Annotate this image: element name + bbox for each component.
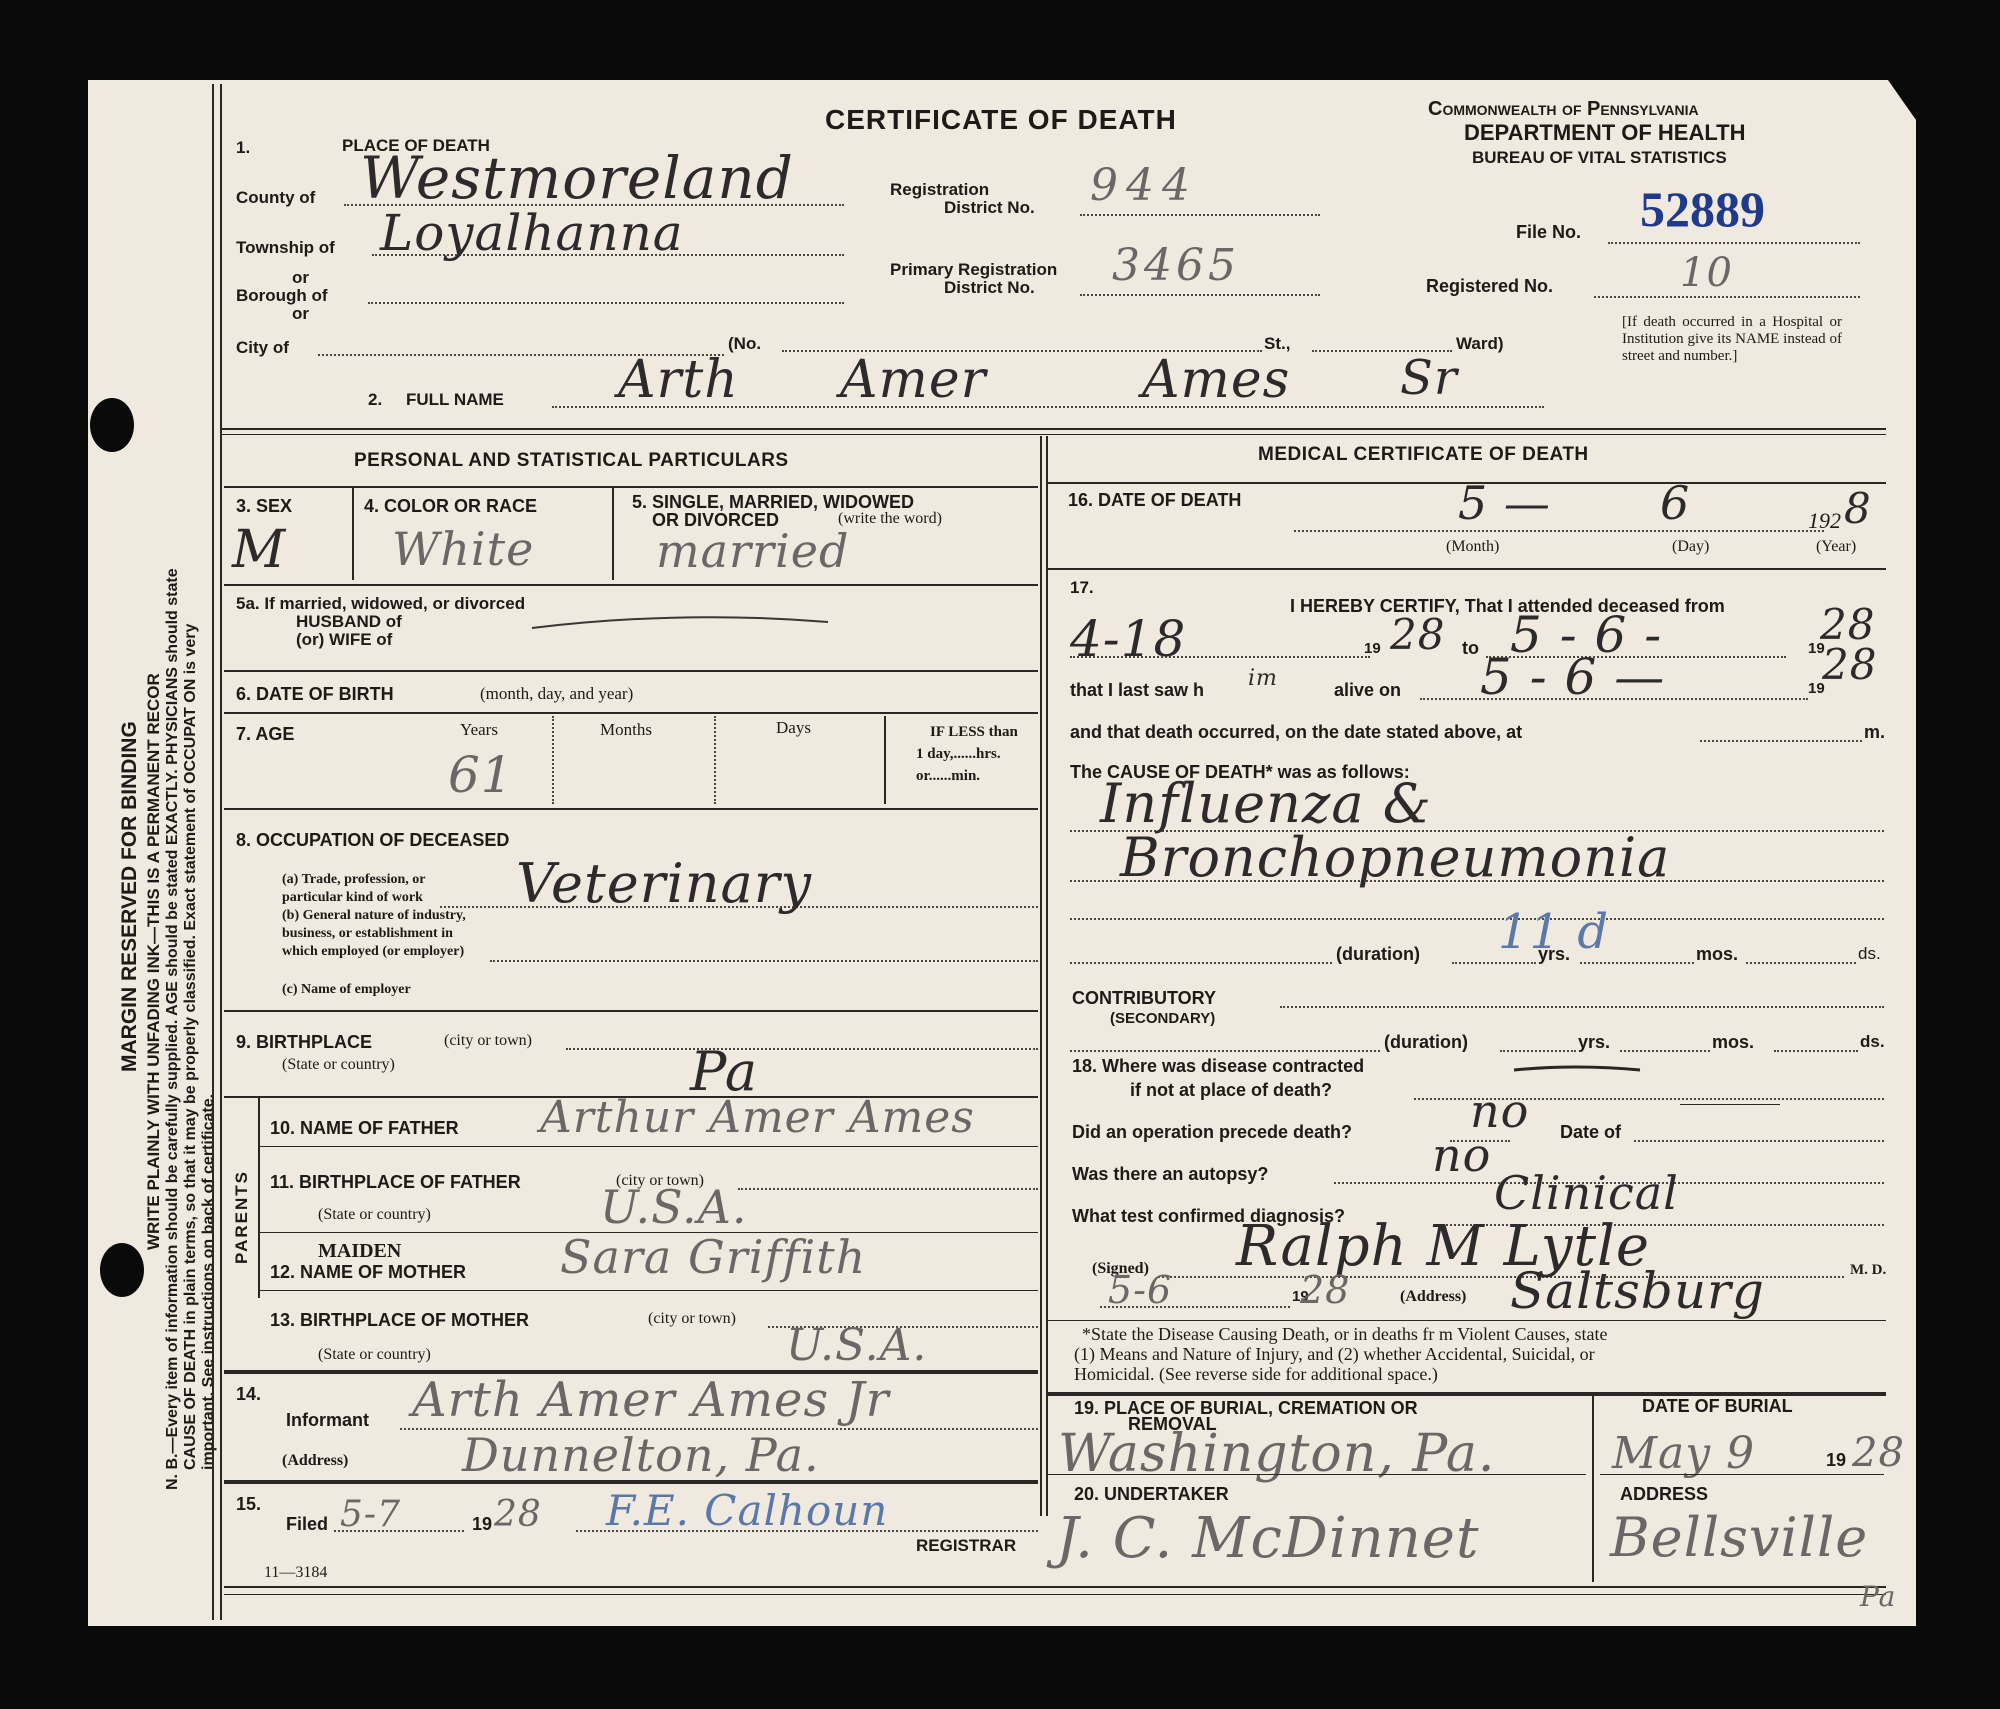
informant-address-label: (Address) <box>282 1452 348 1470</box>
file-no-value: 52889 <box>1640 180 1765 238</box>
margin-binding-note: MARGIN RESERVED FOR BINDING <box>118 721 142 1072</box>
alive-on-label: alive on <box>1334 680 1401 701</box>
contributory-label: CONTRIBUTORY <box>1072 988 1216 1009</box>
occupation-c-label: (c) Name of employer <box>282 982 411 998</box>
dob-hint: (month, day, and year) <box>480 684 633 704</box>
death-year-prefix: 192 <box>1808 508 1841 534</box>
township-label: Township of <box>236 238 335 258</box>
year-label: (Year) <box>1816 538 1856 556</box>
issuer-department: DEPARTMENT OF HEALTH <box>1464 120 1746 146</box>
occupation-label: 8. OCCUPATION OF DECEASED <box>236 830 509 851</box>
age-divider-2 <box>714 716 716 804</box>
race-value: White <box>392 522 534 576</box>
medical-section-title: MEDICAL CERTIFICATE OF DEATH <box>1258 444 1589 466</box>
mother-birthplace-value: U.S.A. <box>786 1320 927 1371</box>
margin-nb-note-3: important. See instructions on back of c… <box>200 1094 218 1470</box>
medical-row-divider-17 <box>1048 568 1886 570</box>
physician-address-label: (Address) <box>1400 1288 1466 1306</box>
signed-year-value: 28 <box>1300 1268 1350 1312</box>
punch-hole-top <box>90 398 134 452</box>
full-name-middle: Amer <box>840 350 987 410</box>
marital-hint: (write the word) <box>838 510 942 528</box>
filed-year-prefix: 19 <box>472 1514 492 1535</box>
registered-no-value: 10 <box>1680 250 1733 296</box>
row-divider-7 <box>224 712 1038 714</box>
duration-ds-dotline <box>1746 962 1856 964</box>
file-no-label: File No. <box>1516 222 1581 243</box>
row-divider-11 <box>260 1146 1038 1147</box>
birthplace-label: 9. BIRTHPLACE <box>236 1032 372 1053</box>
mother-label: 12. NAME OF MOTHER <box>270 1262 466 1283</box>
autopsy-label: Was there an autopsy? <box>1072 1164 1268 1185</box>
birthplace-city-hint: (city or town) <box>444 1032 532 1050</box>
contrib-ds-label: ds. <box>1860 1032 1885 1052</box>
filed-year-value: 28 <box>494 1494 542 1535</box>
informant-address-value: Dunnelton, Pa. <box>462 1428 820 1482</box>
undertaker-address-label: ADDRESS <box>1620 1484 1708 1505</box>
less-than-label-3: or......min. <box>916 768 980 785</box>
spouse-blank-dash <box>530 608 830 638</box>
last-saw-year: 28 <box>1822 640 1877 689</box>
sex-race-divider <box>352 488 354 580</box>
operation-date-dash <box>1680 1104 1780 1105</box>
burial-column-divider <box>1592 1396 1594 1582</box>
or-label-2: or <box>292 304 309 324</box>
contrib-duration-dotline <box>1070 1050 1380 1052</box>
bottom-rule <box>224 1586 1886 1588</box>
operation-date-dotline <box>1634 1140 1884 1142</box>
duration-ds-label: ds. <box>1858 944 1881 964</box>
contrib-duration-label: (duration) <box>1384 1032 1468 1053</box>
sex-label: 3. SEX <box>236 496 292 517</box>
autopsy-value: no <box>1432 1128 1491 1182</box>
occupation-b-dotline <box>490 960 1038 962</box>
cert-num: 17. <box>1070 578 1094 598</box>
duration-note: 11 d <box>1498 904 1609 960</box>
footnote-line-2: (1) Means and Nature of Injury, and (2) … <box>1074 1344 1595 1365</box>
burial-date-value: May 9 <box>1612 1428 1755 1479</box>
death-time-m-label: m. <box>1864 722 1885 743</box>
row-divider-8 <box>224 808 1038 810</box>
row-divider-9 <box>224 1010 1038 1012</box>
duration-mos-label: mos. <box>1696 944 1738 965</box>
months-label: Months <box>600 720 652 740</box>
race-marital-divider <box>612 488 614 580</box>
place-of-death-num: 1. <box>236 138 250 158</box>
father-birthplace-state-hint: (State or country) <box>318 1206 431 1224</box>
primary-reg-label-1: Primary Registration <box>890 260 1057 280</box>
contracted-blank-dash <box>1512 1062 1642 1076</box>
attended-from-year: 28 <box>1390 610 1445 659</box>
contracted-label-2: if not at place of death? <box>1130 1080 1332 1101</box>
mother-birthplace-city-hint: (city or town) <box>648 1310 736 1328</box>
death-occurred-text: and that death occurred, on the date sta… <box>1070 722 1522 743</box>
full-name-label: FULL NAME <box>406 390 504 410</box>
age-divider-3 <box>884 716 886 804</box>
filed-label: Filed <box>286 1514 328 1535</box>
contrib-mos-label: mos. <box>1712 1032 1754 1053</box>
or-label-1: or <box>292 268 309 288</box>
attended-from-year-prefix: 19 <box>1364 640 1381 657</box>
filed-date-value: 5-7 <box>340 1494 401 1535</box>
operation-label: Did an operation precede death? <box>1072 1122 1352 1143</box>
occupation-value: Veterinary <box>516 852 812 915</box>
maiden-label: MAIDEN <box>318 1240 401 1263</box>
reg-district-label-1: Registration <box>890 180 989 200</box>
signed-date-value: 5-6 <box>1108 1268 1172 1312</box>
cause-line-2: Bronchopneumonia <box>1120 826 1670 889</box>
duration-mos-dotline <box>1580 962 1694 964</box>
name-section-divider-2 <box>220 434 1886 435</box>
margin-nb-note-2: CAUSE OF DEATH in plain terms, so that i… <box>182 624 200 1470</box>
footnote-line-3: Homicidal. (See reverse side for additio… <box>1074 1364 1438 1385</box>
form-code: 11—3184 <box>264 1564 327 1582</box>
sex-value: M <box>232 520 286 580</box>
burial-year-prefix: 19 <box>1826 1450 1846 1471</box>
hospital-note: [If death occurred in a Hospital or Inst… <box>1622 314 1842 365</box>
cause-dotline-3 <box>1070 918 1884 920</box>
informant-num: 14. <box>236 1384 261 1405</box>
years-label: Years <box>460 720 498 740</box>
filed-num: 15. <box>236 1494 261 1515</box>
father-label: 10. NAME OF FATHER <box>270 1118 459 1139</box>
birthplace-state-hint: (State or country) <box>282 1056 395 1074</box>
reg-district-value: 944 <box>1090 160 1198 211</box>
age-label: 7. AGE <box>236 724 294 745</box>
reg-district-label-2: District No. <box>944 198 1035 218</box>
spouse-label-2: HUSBAND of <box>296 612 402 632</box>
row-divider-5a <box>224 584 1038 586</box>
reg-district-dotline <box>1080 214 1320 216</box>
age-divider-1 <box>552 716 554 804</box>
bottom-rule-2 <box>224 1594 1886 1595</box>
occupation-b-label-1: (b) General nature of industry, <box>282 908 466 924</box>
death-time-dotline <box>1700 740 1862 742</box>
registrar-label: REGISTRAR <box>916 1536 1016 1556</box>
less-than-label-1: IF LESS than <box>930 724 1018 741</box>
race-label: 4. COLOR OR RACE <box>364 496 537 517</box>
duration-label: (duration) <box>1336 944 1420 965</box>
date-of-death-label: 16. DATE OF DEATH <box>1068 490 1241 511</box>
burial-place-value: Washington, Pa. <box>1058 1424 1495 1484</box>
birthplace-dotline <box>566 1048 1038 1050</box>
dob-label: 6. DATE OF BIRTH <box>236 684 394 705</box>
left-border-line-inner <box>220 84 222 1620</box>
contrib-yrs-label: yrs. <box>1578 1032 1610 1053</box>
occupation-b-label-2: business, or establishment in <box>282 926 453 942</box>
row-divider-6 <box>224 670 1038 672</box>
secondary-label: (SECONDARY) <box>1110 1010 1215 1027</box>
file-no-dotline <box>1608 242 1860 244</box>
contrib-yrs-dotline <box>1500 1050 1576 1052</box>
burial-year-value: 28 <box>1852 1430 1905 1476</box>
marital-value: married <box>656 524 849 578</box>
issuer-commonwealth: Commonwealth of Pennsylvania <box>1428 98 1699 121</box>
test-value: Clinical <box>1494 1166 1679 1220</box>
primary-reg-label-2: District No. <box>944 278 1035 298</box>
physician-address-value: Saltsburg <box>1510 1262 1765 1320</box>
death-month-value: 5 — <box>1458 476 1551 530</box>
footnote-rule <box>1048 1320 1886 1321</box>
burial-place-label-1: 19. PLACE OF BURIAL, CREMATION OR <box>1074 1398 1418 1419</box>
mother-value: Sara Griffith <box>560 1230 866 1284</box>
death-day-value: 6 <box>1660 476 1690 530</box>
duration-dotline-1 <box>1070 962 1332 964</box>
undertaker-address-value: Bellsville <box>1610 1506 1868 1569</box>
contracted-label-1: 18. Where was disease contracted <box>1072 1056 1364 1077</box>
row-divider-13 <box>260 1290 1038 1291</box>
father-birthplace-value: U.S.A. <box>600 1180 748 1234</box>
occupation-a-label-2: particular kind of work <box>282 890 423 906</box>
date-of-death-dotline <box>1294 530 1824 532</box>
father-birthplace-dotline <box>738 1188 1038 1190</box>
column-divider <box>1040 436 1042 1516</box>
row-divider-15 <box>224 1480 1038 1484</box>
registered-no-label: Registered No. <box>1426 276 1553 297</box>
mother-birthplace-label: 13. BIRTHPLACE OF MOTHER <box>270 1310 529 1331</box>
occupation-a-label-1: (a) Trade, profession, or <box>282 872 426 888</box>
md-label: M. D. <box>1850 1262 1886 1279</box>
personal-section-title: PERSONAL AND STATISTICAL PARTICULARS <box>354 450 789 472</box>
issuer-bureau: BUREAU OF VITAL STATISTICS <box>1472 148 1727 168</box>
father-value: Arthur Amer Ames <box>540 1092 975 1143</box>
full-name-num: 2. <box>368 390 382 410</box>
operation-date-label: Date of <box>1560 1122 1621 1143</box>
county-label: County of <box>236 188 315 208</box>
borough-dotline <box>368 302 844 304</box>
burial-date-label: DATE OF BURIAL <box>1642 1396 1793 1417</box>
day-label: (Day) <box>1672 538 1709 556</box>
parents-label: PARENTS <box>232 1170 252 1264</box>
registrar-signature: F.E. Calhoun <box>606 1486 888 1535</box>
less-than-label-2: 1 day,......hrs. <box>916 746 1001 763</box>
ward-label: Ward) <box>1456 334 1504 354</box>
informant-value: Arth Amer Ames Jr <box>412 1372 890 1428</box>
punch-hole-bottom <box>100 1243 144 1297</box>
primary-reg-dotline <box>1080 294 1320 296</box>
days-label: Days <box>776 718 811 738</box>
death-year-value: 8 <box>1844 484 1872 533</box>
undertaker-label: 20. UNDERTAKER <box>1074 1484 1229 1505</box>
informant-label: Informant <box>286 1410 369 1431</box>
undertaker-address-extra: Pa <box>1860 1580 1896 1613</box>
footnote-line-1: *State the Disease Causing Death, or in … <box>1082 1324 1607 1345</box>
full-name-last: Ames <box>1142 350 1290 410</box>
full-name-suffix: Sr <box>1400 350 1458 406</box>
left-border-line <box>212 84 214 1620</box>
burial-date-rule <box>1600 1474 1884 1475</box>
mother-birthplace-state-hint: (State or country) <box>318 1346 431 1364</box>
county-value: Westmoreland <box>360 144 794 212</box>
personal-title-rule <box>224 486 1038 488</box>
primary-reg-value: 3465 <box>1112 240 1240 291</box>
last-saw-label: that I last saw h <box>1070 680 1204 701</box>
attended-from-value: 4-18 <box>1070 610 1186 668</box>
parents-divider <box>258 1098 260 1298</box>
margin-ink-note: WRITE PLAINLY WITH UNFADING INK—THIS IS … <box>144 673 164 1250</box>
burial-place-rule <box>1048 1474 1586 1475</box>
spouse-label-1: 5a. If married, widowed, or divorced <box>236 594 525 614</box>
borough-label: Borough of <box>236 286 328 306</box>
township-value: Loyalhanna <box>380 204 684 262</box>
full-name-first: Arth <box>618 350 739 410</box>
contrib-ds-dotline <box>1774 1050 1858 1052</box>
city-label: City of <box>236 338 289 358</box>
spouse-label-3: (or) WIFE of <box>296 630 392 650</box>
duration-yrs-dotline <box>1452 962 1536 964</box>
certificate-title: CERTIFICATE OF DEATH <box>825 104 1177 136</box>
age-years-value: 61 <box>448 746 514 804</box>
father-birthplace-label: 11. BIRTHPLACE OF FATHER <box>270 1172 521 1193</box>
contributory-dotline <box>1280 1006 1884 1008</box>
last-saw-pronoun: im <box>1248 666 1278 691</box>
margin-nb-note-1: N. B.—Every item of information should b… <box>164 568 182 1490</box>
to-label: to <box>1462 638 1479 659</box>
last-saw-date-value: 5 - 6 — <box>1480 648 1665 706</box>
month-label: (Month) <box>1446 538 1499 556</box>
contrib-mos-dotline <box>1620 1050 1710 1052</box>
column-divider-2 <box>1046 436 1048 1516</box>
undertaker-value: J. C. McDinnet <box>1056 1506 1479 1571</box>
name-section-divider <box>220 428 1886 430</box>
registered-no-dotline <box>1594 296 1860 298</box>
occupation-b-label-3: which employed (or employer) <box>282 944 464 960</box>
